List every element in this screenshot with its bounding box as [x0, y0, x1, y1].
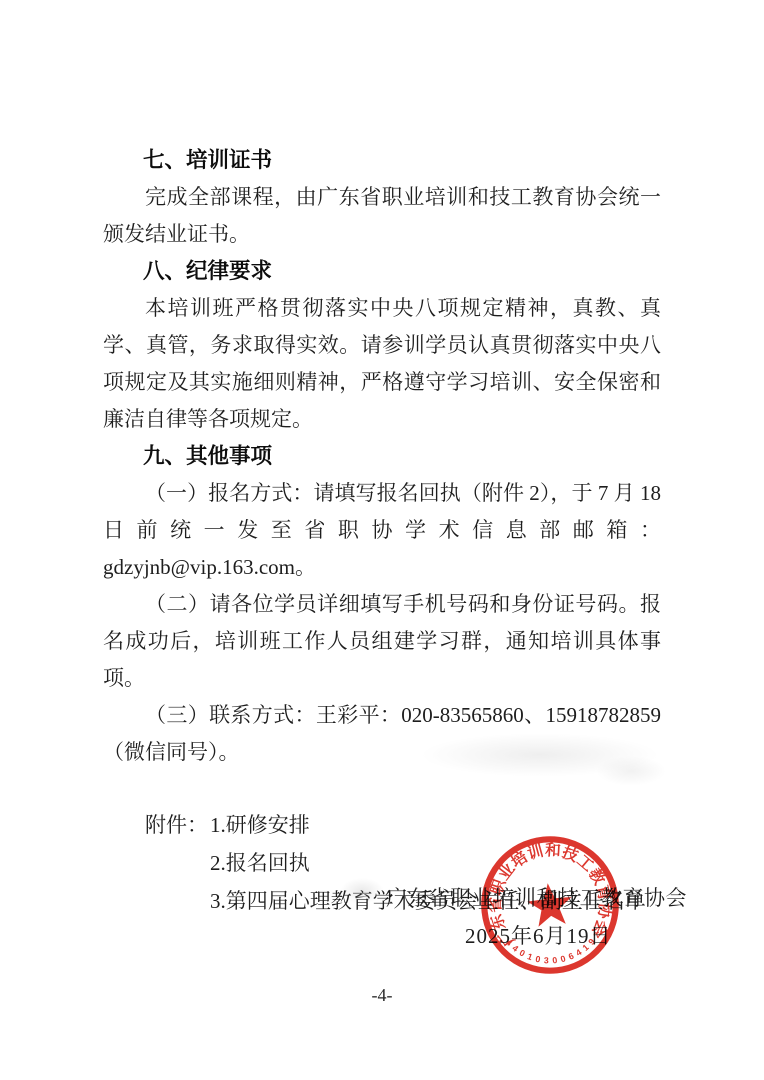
section-9-paragraph-2: （二）请各位学员详细填写手机号码和身份证号码。报名成功后，培训班工作人员组建学习… — [103, 586, 661, 697]
page-number: -4- — [0, 985, 764, 1006]
section-9-paragraph-1: （一）报名方式：请填写报名回执（附件 2），于 7 月 18 日前统一发至省职协… — [103, 475, 661, 586]
official-seal-icon: 广东省职业培训和技工教育协会 4401030064192 — [460, 824, 640, 987]
section-9-paragraph-3: （三）联系方式：王彩平：020-83565860、15918782859（微信同… — [103, 697, 661, 771]
document-body: 七、培训证书 完成全部课程，由广东省职业培训和技工教育协会统一颁发结业证书。 八… — [103, 142, 661, 920]
seal-star-icon — [526, 881, 575, 928]
document-page: 七、培训证书 完成全部课程，由广东省职业培训和技工教育协会统一颁发结业证书。 八… — [0, 0, 764, 1080]
section-7-paragraph: 完成全部课程，由广东省职业培训和技工教育协会统一颁发结业证书。 — [103, 179, 661, 253]
section-8-paragraph: 本培训班严格贯彻落实中央八项规定精神，真教、真学、真管，务求取得实效。请参训学员… — [103, 290, 661, 438]
section-heading-7: 七、培训证书 — [103, 142, 661, 179]
section-heading-8: 八、纪律要求 — [103, 253, 661, 290]
attachments-label: 附件： — [145, 806, 208, 920]
section-heading-9: 九、其他事项 — [103, 438, 661, 475]
